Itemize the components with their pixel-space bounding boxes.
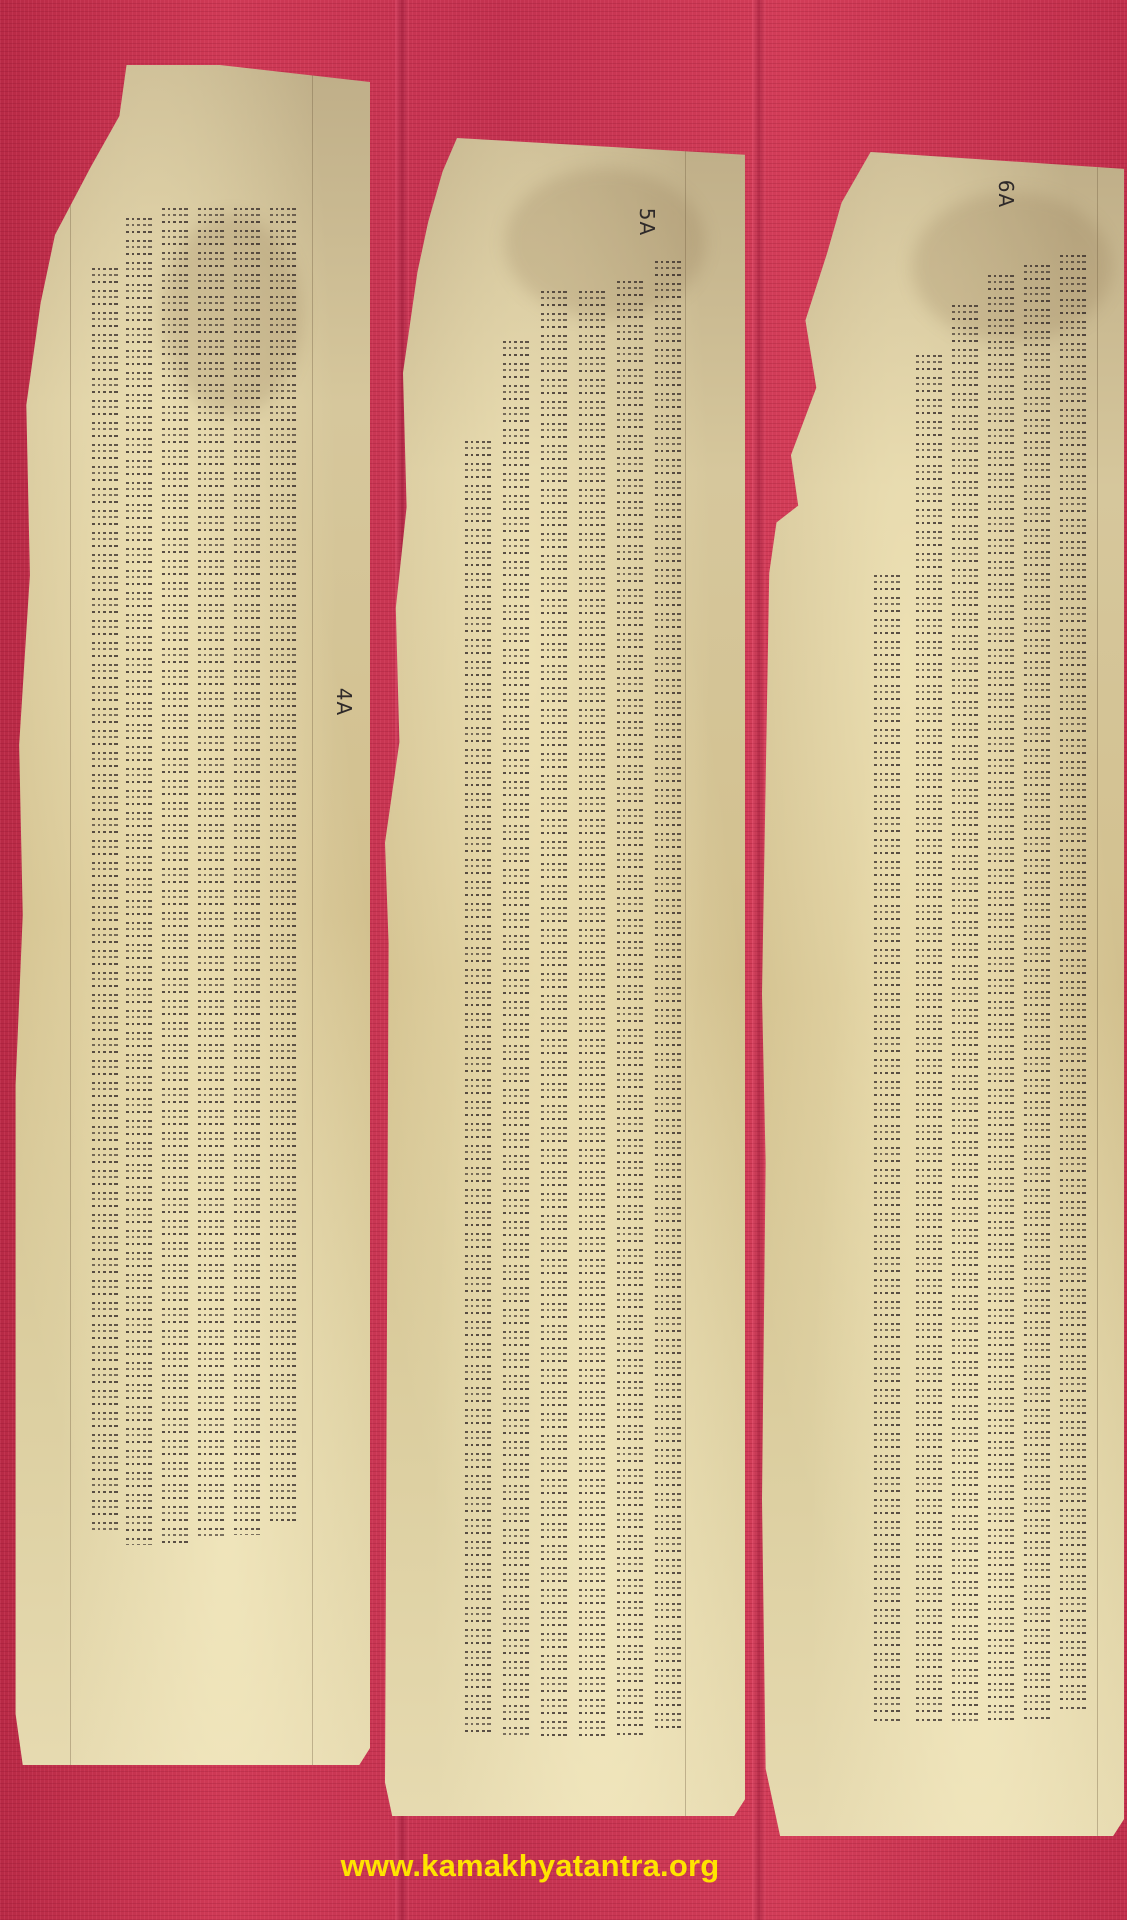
text-line	[503, 338, 529, 1738]
website-watermark: www.kamakhyatantra.org	[300, 1848, 760, 1884]
text-line	[270, 205, 296, 1525]
page-label-right: 6A	[994, 180, 1018, 208]
text-line	[465, 438, 491, 1738]
text-line	[198, 205, 224, 1540]
text-line	[126, 215, 152, 1545]
text-line	[162, 205, 188, 1545]
text-line	[952, 302, 978, 1722]
text-line	[1024, 262, 1050, 1722]
page-label-middle: 5A	[635, 208, 659, 236]
manuscript-leaf-middle: 5A	[385, 138, 745, 1816]
text-line	[541, 288, 567, 1738]
page-label-left: 4A	[332, 688, 356, 716]
manuscript-leaf-left: 4A	[12, 65, 370, 1765]
margin-rule	[312, 65, 313, 1765]
margin-rule	[70, 65, 71, 1765]
text-line	[988, 272, 1014, 1722]
text-line	[1060, 252, 1086, 1712]
text-line	[655, 258, 681, 1728]
text-line	[617, 278, 643, 1738]
margin-rule	[685, 138, 686, 1816]
text-line	[92, 265, 118, 1535]
text-line	[874, 572, 900, 1722]
text-line	[916, 352, 942, 1722]
text-line	[234, 205, 260, 1535]
margin-rule	[1097, 152, 1098, 1836]
text-line	[579, 288, 605, 1738]
manuscript-leaf-right: 6A	[762, 152, 1124, 1836]
